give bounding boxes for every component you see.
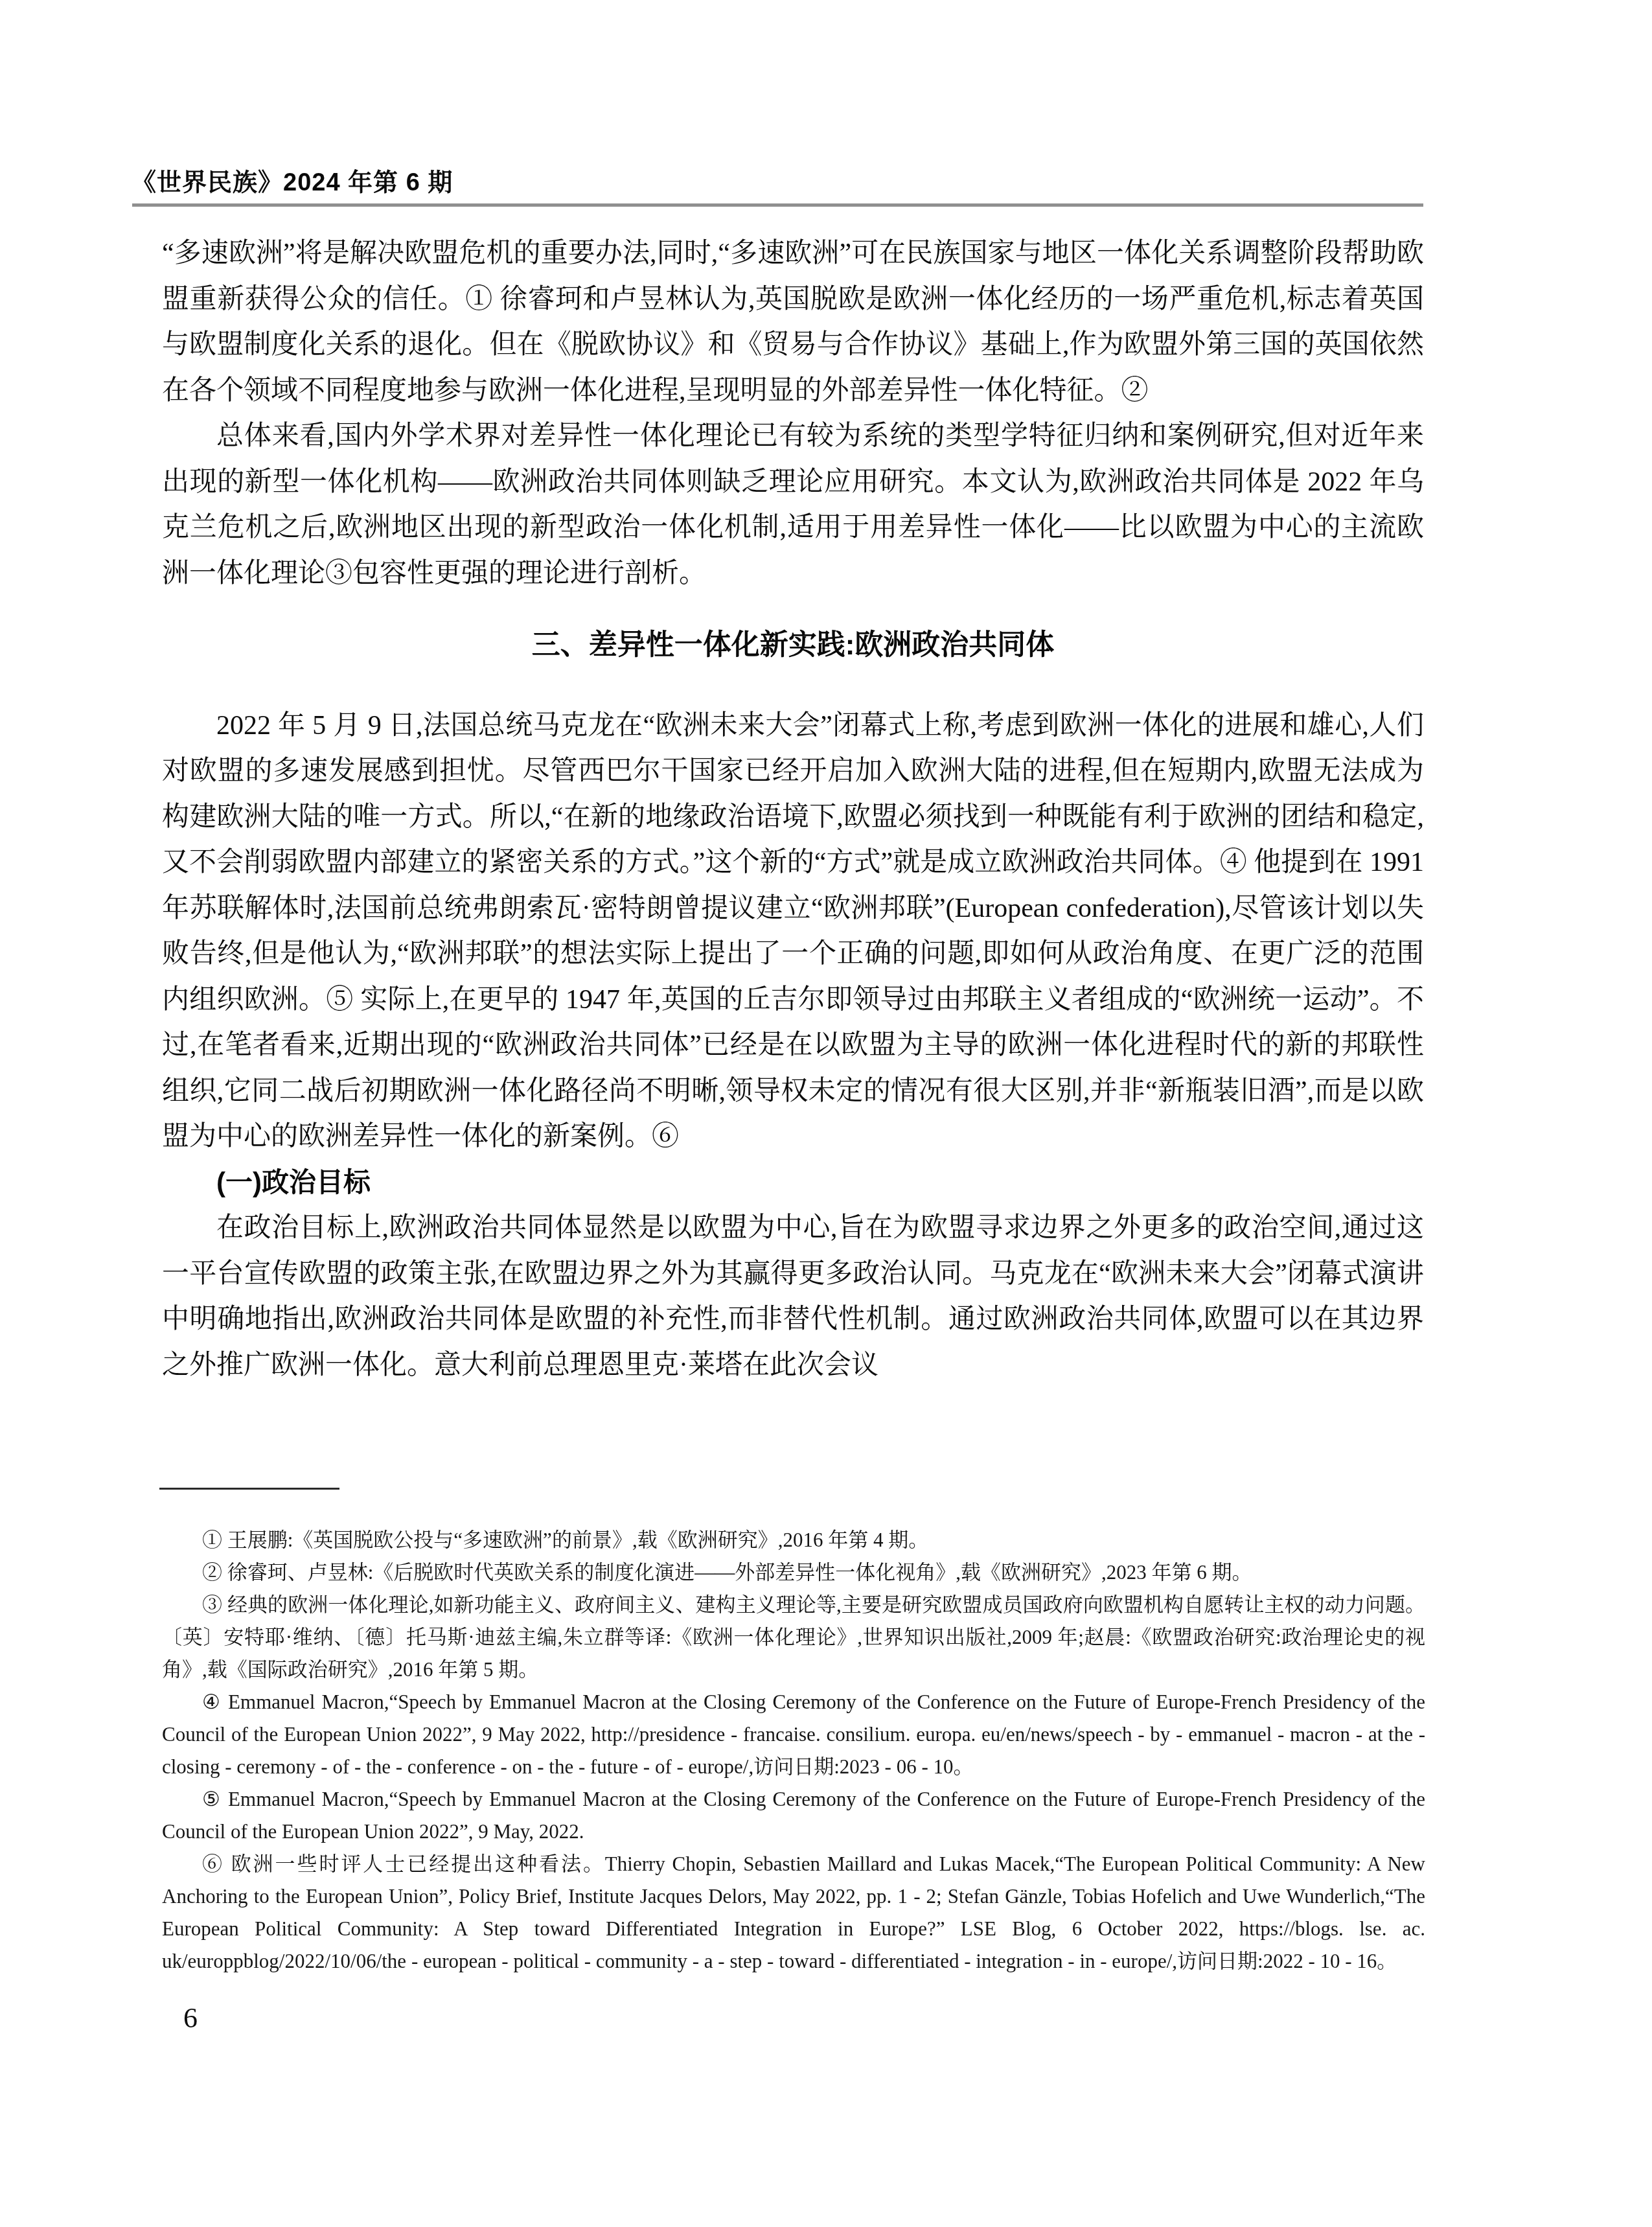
paragraph-2: 总体来看,国内外学术界对差异性一体化理论已有较为系统的类型学特征归纳和案例研究,… [162, 413, 1424, 596]
journal-header: 《世界民族》2024 年第 6 期 [132, 162, 453, 198]
footnote-divider [159, 1488, 339, 1490]
footnote-2: ② 徐睿珂、卢昱林:《后脱欧时代英欧关系的制度化演进——外部差异性一体化视角》,… [162, 1556, 1425, 1589]
footnotes: ① 王展鹏:《英国脱欧公投与“多速欧洲”的前景》,载《欧洲研究》,2016 年第… [162, 1524, 1425, 1978]
paragraph-4: 在政治目标上,欧洲政治共同体显然是以欧盟为中心,旨在为欧盟寻求边界之外更多的政治… [162, 1205, 1424, 1388]
footnote-3: ③ 经典的欧洲一体化理论,如新功能主义、政府间主义、建构主义理论等,主要是研究欧… [162, 1589, 1425, 1686]
footnote-6: ⑥ 欧洲一些时评人士已经提出这种看法。Thierry Chopin, Sebas… [162, 1848, 1425, 1978]
journal-page: 《世界民族》2024 年第 6 期 “多速欧洲”将是解决欧盟危机的重要办法,同时… [0, 0, 1652, 2227]
page-number: 6 [183, 2002, 198, 2035]
article-body: “多速欧洲”将是解决欧盟危机的重要办法,同时,“多速欧洲”可在民族国家与地区一体… [162, 231, 1424, 1388]
section-heading: 三、差异性一体化新实践:欧洲政治共同体 [162, 623, 1424, 669]
footnote-5: ⑤ Emmanuel Macron,“Speech by Emmanuel Ma… [162, 1783, 1425, 1848]
footnote-4: ④ Emmanuel Macron,“Speech by Emmanuel Ma… [162, 1686, 1425, 1783]
paragraph-3: 2022 年 5 月 9 日,法国总统马克龙在“欧洲未来大会”闭幕式上称,考虑到… [162, 703, 1424, 1160]
footnote-1: ① 王展鹏:《英国脱欧公投与“多速欧洲”的前景》,载《欧洲研究》,2016 年第… [162, 1524, 1425, 1556]
header-rule [132, 203, 1423, 207]
subsection-heading: (一)政治目标 [162, 1160, 1424, 1206]
paragraph-1: “多速欧洲”将是解决欧盟危机的重要办法,同时,“多速欧洲”可在民族国家与地区一体… [162, 231, 1424, 413]
